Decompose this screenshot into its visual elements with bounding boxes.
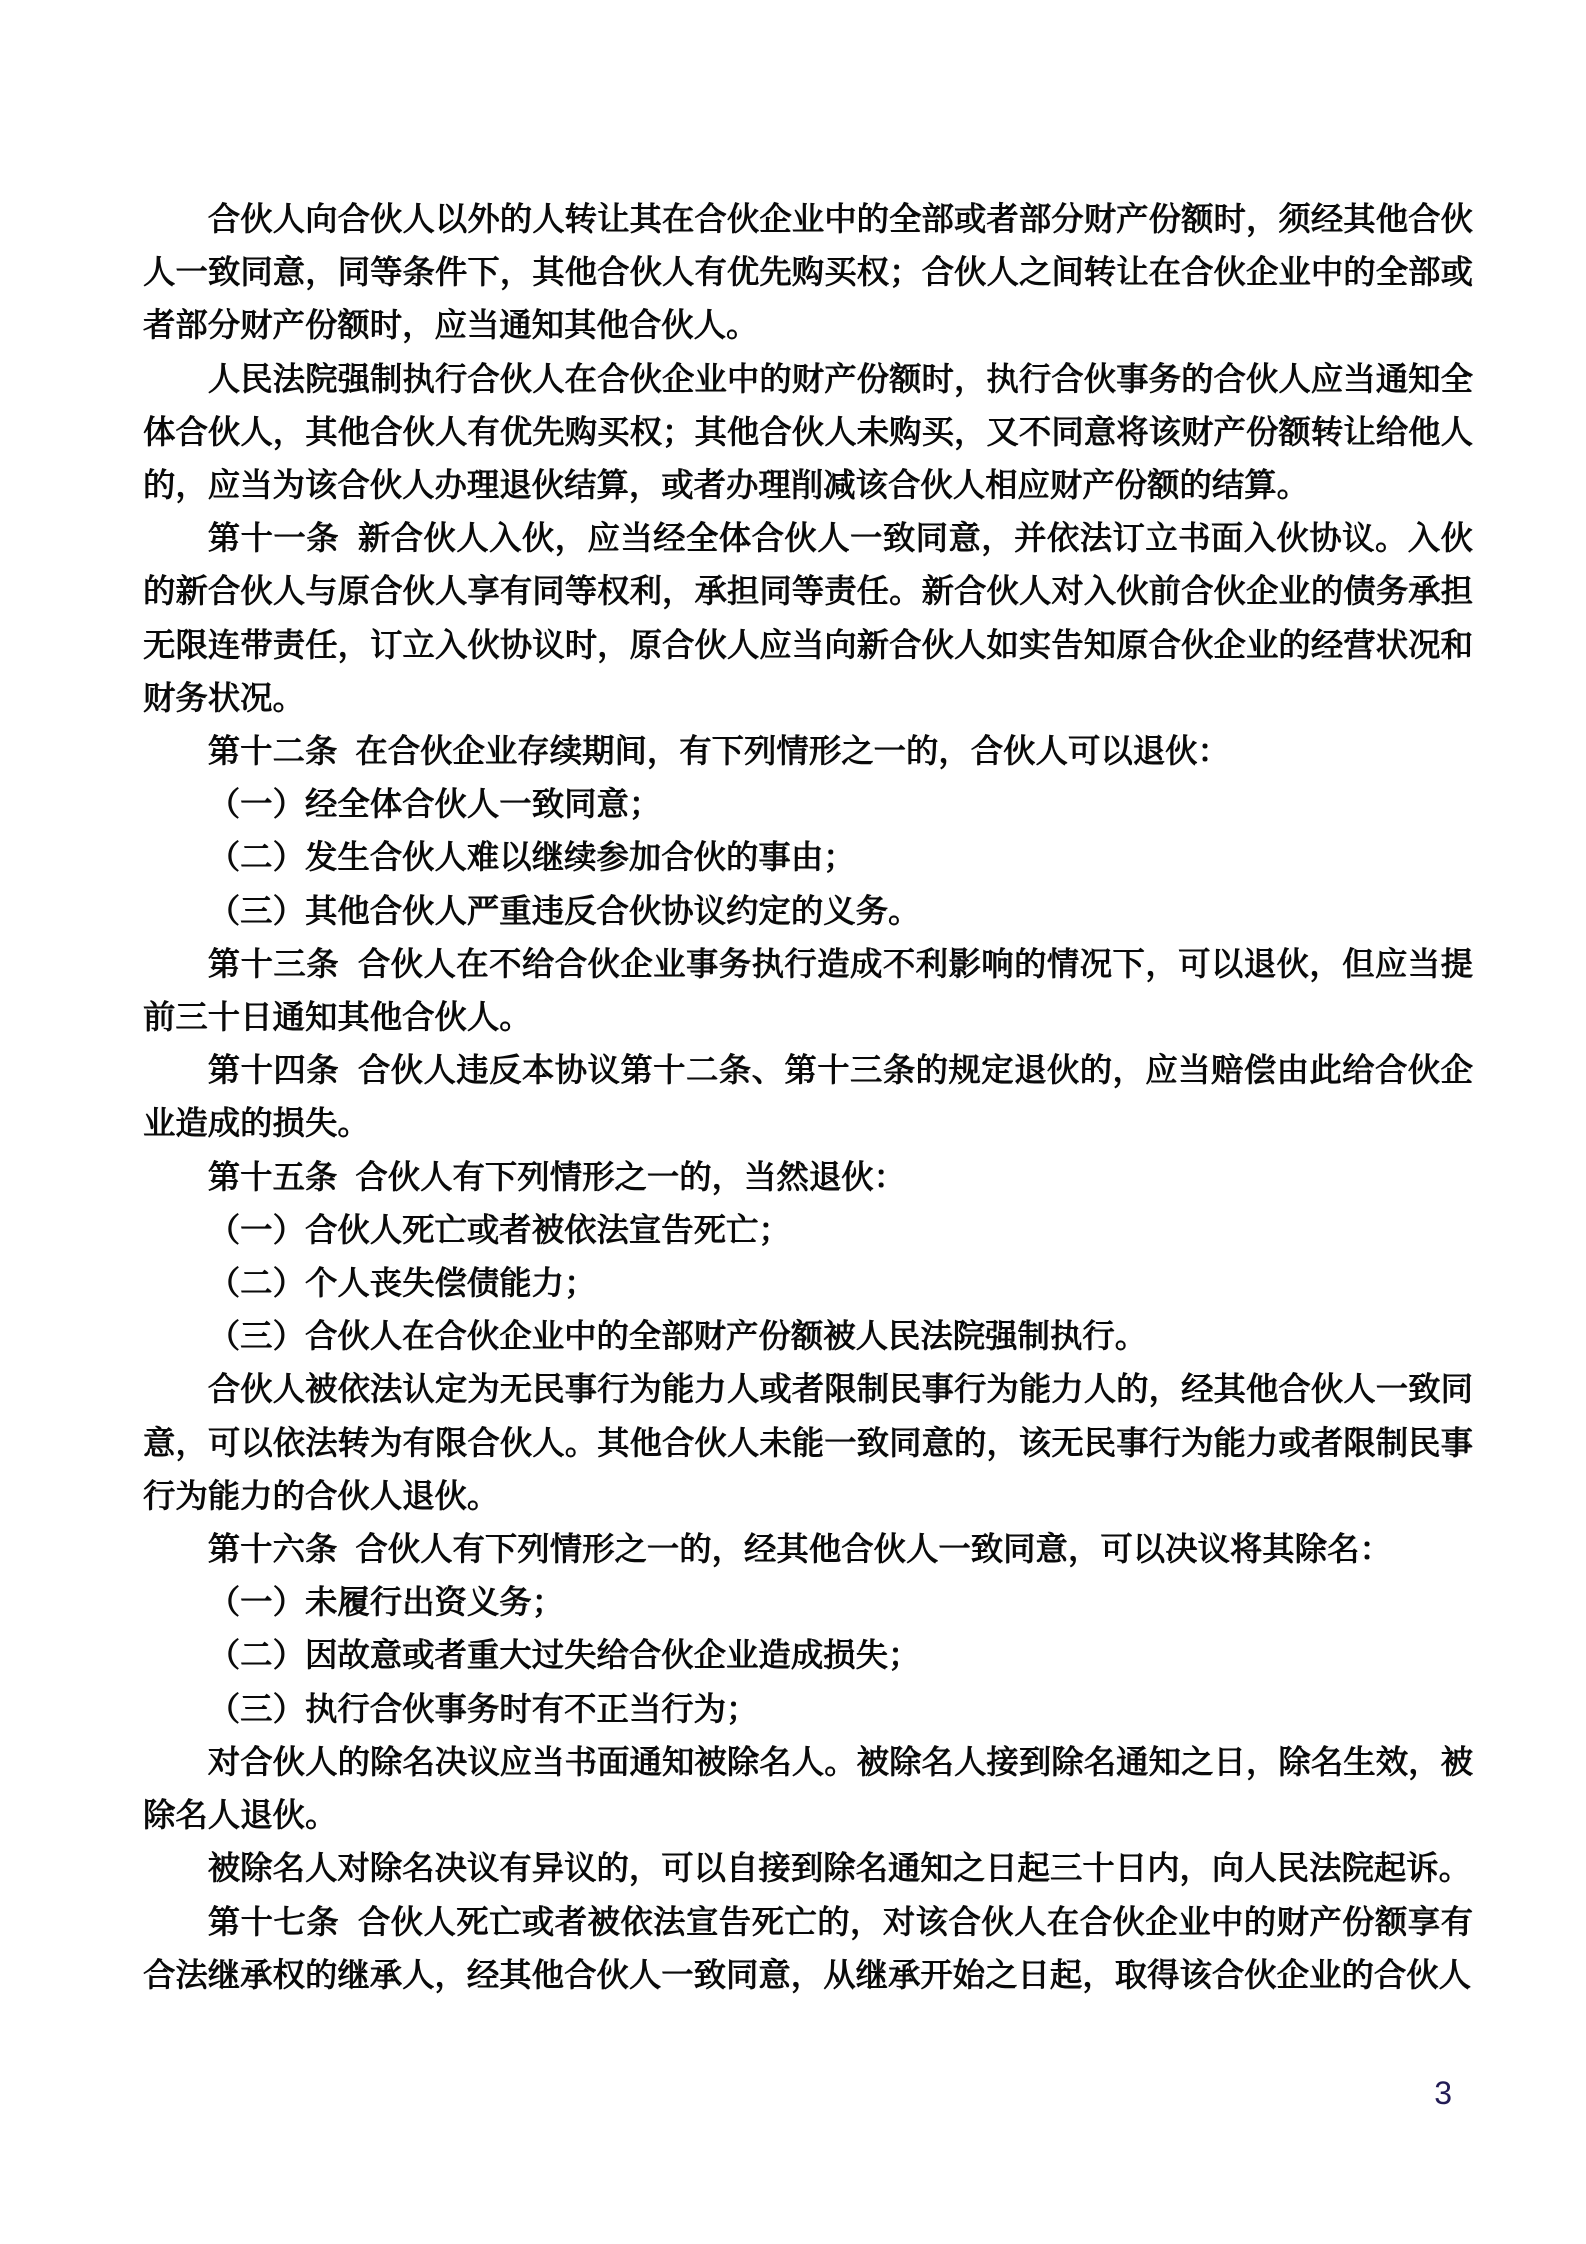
item-paragraph: （三）执行合伙事务时有不正当行为； bbox=[143, 1683, 1473, 1736]
body-paragraph: 被除名人对除名决议有异议的，可以自接到除名通知之日起三十日内，向人民法院起诉。 bbox=[143, 1842, 1473, 1895]
article-paragraph: 第十二条 在合伙企业存续期间，有下列情形之一的，合伙人可以退伙： bbox=[143, 725, 1473, 778]
article-paragraph: 第十四条 合伙人违反本协议第十二条、第十三条的规定退伙的，应当赔偿由此给合伙企业… bbox=[143, 1044, 1473, 1150]
article-paragraph: 第十一条 新合伙人入伙，应当经全体合伙人一致同意，并依法订立书面入伙协议。入伙的… bbox=[143, 512, 1473, 725]
item-paragraph: （一）经全体合伙人一致同意； bbox=[143, 778, 1473, 831]
body-paragraph: 人民法院强制执行合伙人在合伙企业中的财产份额时，执行合伙事务的合伙人应当通知全体… bbox=[143, 353, 1473, 513]
article-paragraph: 第十三条 合伙人在不给合伙企业事务执行造成不利影响的情况下，可以退伙，但应当提前… bbox=[143, 938, 1473, 1044]
page-number: 3 bbox=[1434, 2074, 1452, 2112]
document-page: 合伙人向合伙人以外的人转让其在合伙企业中的全部或者部分财产份额时，须经其他合伙人… bbox=[0, 0, 1586, 2244]
item-paragraph: （二）因故意或者重大过失给合伙企业造成损失； bbox=[143, 1629, 1473, 1682]
item-paragraph: （一）合伙人死亡或者被依法宣告死亡； bbox=[143, 1204, 1473, 1257]
item-paragraph: （三）其他合伙人严重违反合伙协议约定的义务。 bbox=[143, 885, 1473, 938]
body-paragraph: 对合伙人的除名决议应当书面通知被除名人。被除名人接到除名通知之日，除名生效，被除… bbox=[143, 1736, 1473, 1842]
document-text: 合伙人向合伙人以外的人转让其在合伙企业中的全部或者部分财产份额时，须经其他合伙人… bbox=[143, 193, 1473, 2002]
body-paragraph: 合伙人向合伙人以外的人转让其在合伙企业中的全部或者部分财产份额时，须经其他合伙人… bbox=[143, 193, 1473, 353]
item-paragraph: （二）个人丧失偿债能力； bbox=[143, 1257, 1473, 1310]
article-paragraph: 第十七条 合伙人死亡或者被依法宣告死亡的，对该合伙人在合伙企业中的财产份额享有合… bbox=[143, 1896, 1473, 2002]
item-paragraph: （一）未履行出资义务； bbox=[143, 1576, 1473, 1629]
body-paragraph: 合伙人被依法认定为无民事行为能力人或者限制民事行为能力人的，经其他合伙人一致同意… bbox=[143, 1363, 1473, 1523]
item-paragraph: （二）发生合伙人难以继续参加合伙的事由； bbox=[143, 831, 1473, 884]
article-paragraph: 第十六条 合伙人有下列情形之一的，经其他合伙人一致同意，可以决议将其除名： bbox=[143, 1523, 1473, 1576]
article-paragraph: 第十五条 合伙人有下列情形之一的，当然退伙： bbox=[143, 1151, 1473, 1204]
item-paragraph: （三）合伙人在合伙企业中的全部财产份额被人民法院强制执行。 bbox=[143, 1310, 1473, 1363]
